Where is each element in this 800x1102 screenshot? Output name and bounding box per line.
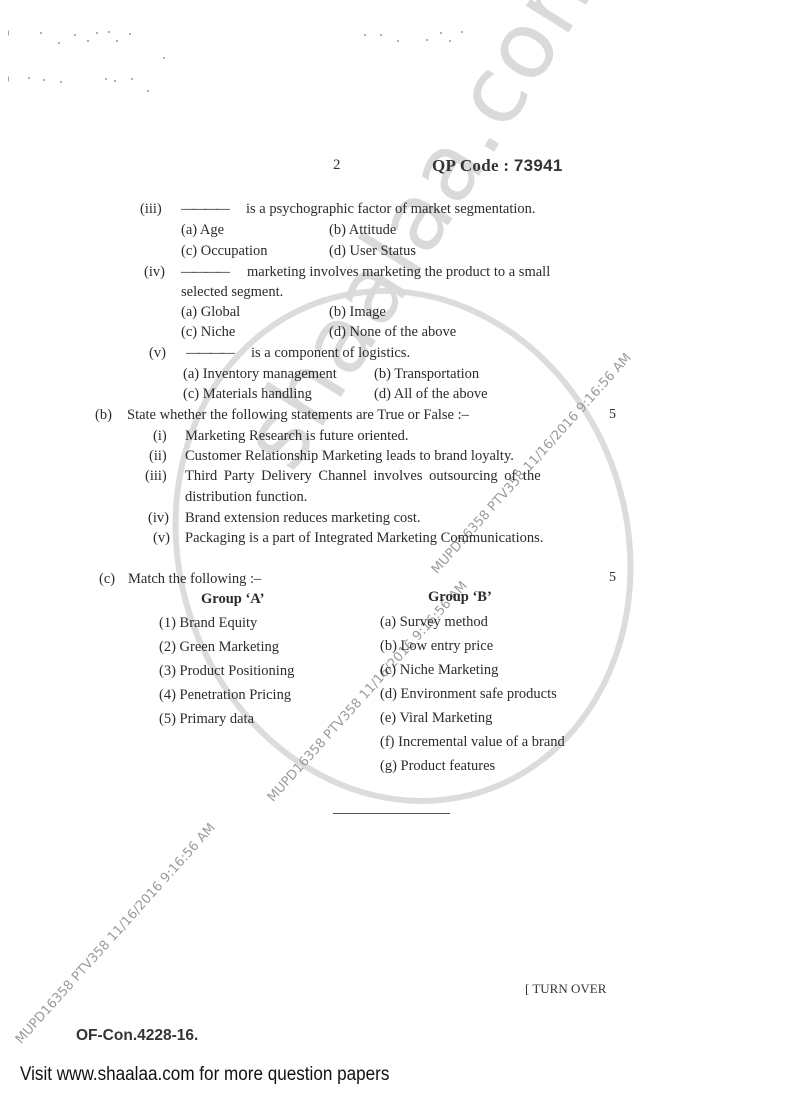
section-instruction: State whether the following statements a…: [127, 406, 469, 424]
question-blank: ————: [181, 263, 227, 281]
option: (a) Inventory management: [183, 365, 337, 383]
question-number: (iii): [140, 200, 162, 218]
question-number: (v): [149, 344, 166, 362]
section-marks: 5: [609, 407, 616, 423]
question-blank: ————: [186, 344, 232, 362]
section-label: (b): [95, 406, 112, 424]
group-b-item: (b) Low entry price: [380, 637, 493, 655]
group-a-item: (5) Primary data: [159, 710, 254, 728]
question-text: marketing involves marketing the product…: [247, 263, 550, 281]
statement-number: (i): [153, 427, 167, 445]
question-text-cont: selected segment.: [181, 283, 283, 301]
option: (c) Materials handling: [183, 385, 312, 403]
statement-text: Customer Relationship Marketing leads to…: [185, 447, 514, 465]
end-rule: [333, 813, 450, 814]
group-b-item: (a) Survey method: [380, 613, 488, 631]
statement-text-cont: distribution function.: [185, 488, 307, 506]
group-b-item: (d) Environment safe products: [380, 685, 557, 703]
option: (a) Global: [181, 303, 240, 321]
option: (b) Image: [329, 303, 386, 321]
statement-text: Brand extension reduces marketing cost.: [185, 509, 421, 527]
qp-code-label: QP Code :: [432, 156, 509, 175]
section-marks: 5: [609, 570, 616, 586]
statement-number: (iii): [145, 467, 167, 485]
statement-number: (v): [153, 529, 170, 547]
turn-over: [ TURN OVER: [525, 981, 606, 997]
option: (d) User Status: [329, 242, 416, 260]
group-a-title: Group ‘A’: [201, 591, 265, 608]
option: (b) Attitude: [329, 221, 396, 239]
question-number: (iv): [144, 263, 165, 281]
section-label: (c): [99, 570, 115, 588]
section-instruction: Match the following :–: [128, 570, 261, 588]
group-b-item: (c) Niche Marketing: [380, 661, 498, 679]
question-blank: ————: [181, 200, 227, 218]
group-b-title: Group ‘B’: [428, 589, 492, 606]
statement-text: Marketing Research is future oriented.: [185, 427, 408, 445]
option: (d) All of the above: [374, 385, 488, 403]
paper-code: OF-Con.4228-16.: [76, 1027, 198, 1045]
group-a-item: (2) Green Marketing: [159, 638, 279, 656]
statement-number: (ii): [149, 447, 167, 465]
statement-text: Packaging is a part of Integrated Market…: [185, 529, 543, 547]
qp-code-value: 73941: [514, 156, 563, 175]
qp-code: QP Code : 73941: [432, 156, 563, 176]
statement-number: (iv): [148, 509, 169, 527]
question-text: is a psychographic factor of market segm…: [246, 200, 536, 218]
option: (c) Occupation: [181, 242, 268, 260]
group-b-item: (f) Incremental value of a brand: [380, 733, 565, 751]
visit-link[interactable]: Visit www.shaalaa.com for more question …: [20, 1064, 389, 1086]
question-text: is a component of logistics.: [251, 344, 410, 362]
group-a-item: (3) Product Positioning: [159, 662, 294, 680]
option: (a) Age: [181, 221, 224, 239]
statement-text: Third Party Delivery Channel involves ou…: [185, 467, 541, 485]
group-b-item: (e) Viral Marketing: [380, 709, 492, 727]
group-b-item: (g) Product features: [380, 757, 495, 775]
group-a-item: (4) Penetration Pricing: [159, 686, 291, 704]
option: (c) Niche: [181, 323, 235, 341]
watermark-stamp: MUPD16358 PTV358 11/16/2016 9:16:56 AM: [13, 821, 219, 1047]
page-number: 2: [333, 157, 341, 174]
option: (d) None of the above: [329, 323, 456, 341]
option: (b) Transportation: [374, 365, 479, 383]
group-a-item: (1) Brand Equity: [159, 614, 257, 632]
